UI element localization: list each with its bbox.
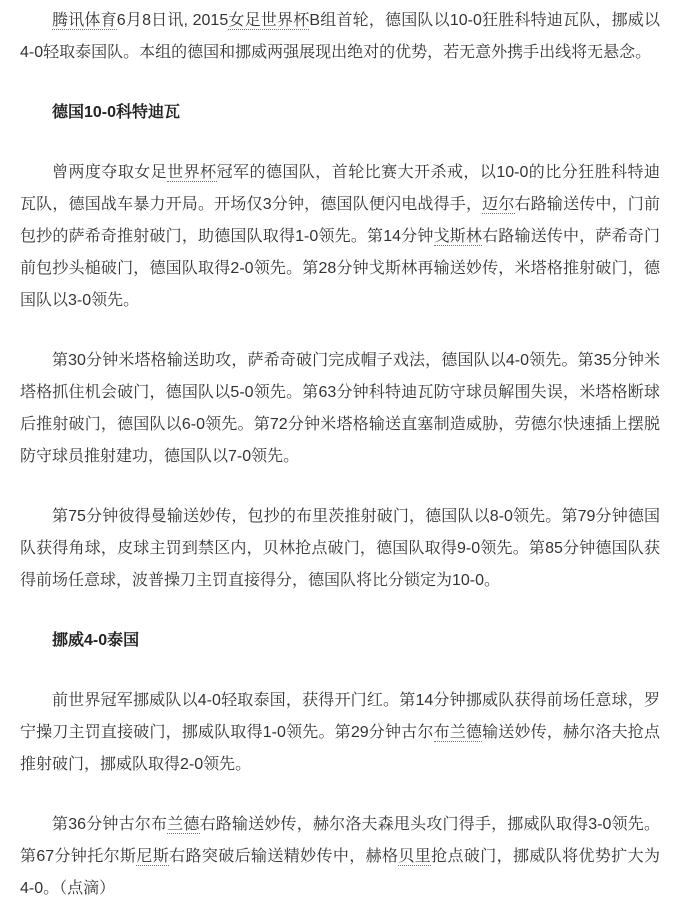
keyword-link[interactable]: 迈尔: [482, 196, 514, 214]
keyword-link[interactable]: 戈斯林: [434, 228, 483, 246]
article-body: 腾讯体育6月8日讯, 2015女足世界杯B组首轮，德国队以10-0狂胜科特迪瓦队…: [20, 5, 660, 902]
paragraph: 腾讯体育6月8日讯, 2015女足世界杯B组首轮，德国队以10-0狂胜科特迪瓦队…: [20, 5, 660, 69]
paragraph: 第30分钟米塔格输送助攻，萨希奇破门完成帽子戏法，德国队以4-0领先。第35分钟…: [20, 345, 660, 473]
text-segment: 曾两度夺取女足: [52, 164, 167, 181]
keyword-link[interactable]: 兰德: [167, 816, 199, 834]
text-segment: 右路突破后输送精妙传中，赫格: [169, 848, 398, 865]
keyword-link[interactable]: 腾讯体育: [52, 12, 117, 30]
text-segment: 第75分钟彼得曼输送妙传，包抄的布里茨推射破门，德国队以8-0领先。第79分钟德…: [20, 508, 660, 589]
text-segment: 德国10-0科特迪瓦: [52, 104, 180, 121]
paragraph: 第36分钟古尔布兰德右路输送妙传，赫尔洛夫森甩头攻门得手，挪威队取得3-0领先。…: [20, 809, 660, 902]
section-heading: 德国10-0科特迪瓦: [20, 97, 660, 129]
paragraph: 第75分钟彼得曼输送妙传，包抄的布里茨推射破门，德国队以8-0领先。第79分钟德…: [20, 501, 660, 597]
paragraph: 前世界冠军挪威队以4-0轻取泰国，获得开门红。第14分钟挪威队获得前场任意球，罗…: [20, 685, 660, 781]
text-segment: 第30分钟米塔格输送助攻，萨希奇破门完成帽子戏法，德国队以4-0领先。第35分钟…: [20, 352, 660, 465]
paragraph: 曾两度夺取女足世界杯冠军的德国队，首轮比赛大开杀戒，以10-0的比分狂胜科特迪瓦…: [20, 157, 660, 317]
keyword-link[interactable]: 布兰德: [434, 724, 483, 742]
text-segment: 第36分钟古尔布: [52, 816, 167, 833]
keyword-link[interactable]: 贝里: [398, 848, 431, 866]
text-segment: 6月8日讯, 2015: [117, 12, 228, 29]
keyword-link[interactable]: 尼斯: [136, 848, 169, 866]
section-heading: 挪威4-0泰国: [20, 625, 660, 657]
text-segment: 挪威4-0泰国: [52, 632, 139, 649]
article-page: 腾讯体育6月8日讯, 2015女足世界杯B组首轮，德国队以10-0狂胜科特迪瓦队…: [0, 0, 680, 902]
keyword-link[interactable]: 女足世界杯: [228, 12, 309, 30]
keyword-link[interactable]: 世界杯: [167, 164, 216, 182]
